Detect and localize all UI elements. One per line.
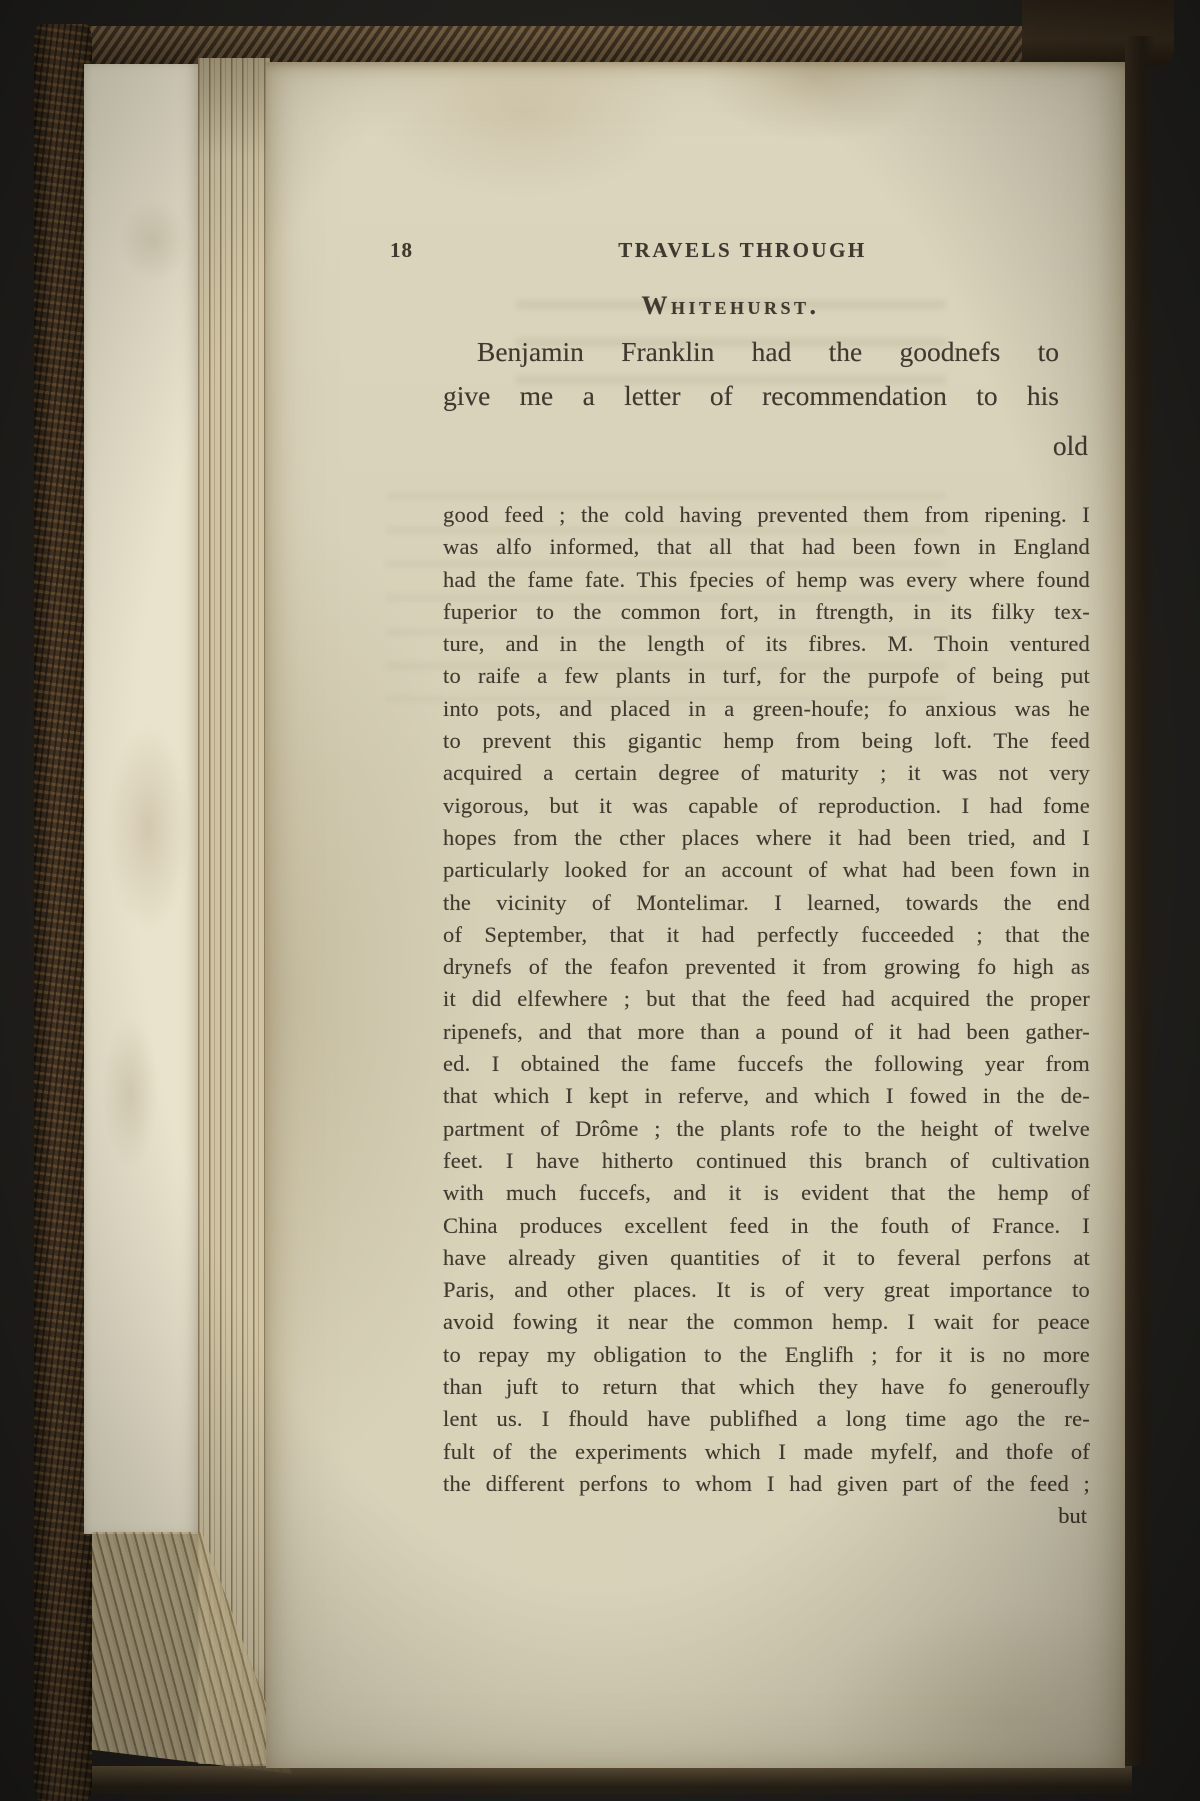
intro-line: Benjamin Franklin had the goodnefs to bbox=[443, 330, 1059, 374]
book-scan-photo: 18 TRAVELS THROUGH Whitehurst. Benjamin … bbox=[0, 0, 1200, 1801]
stacked-page-edges bbox=[198, 58, 270, 1764]
intro-paragraph: Benjamin Franklin had the goodnefs togiv… bbox=[443, 330, 1059, 418]
body-line: to raife a few plants in turf, for the p… bbox=[443, 660, 1090, 692]
body-line: the vicinity of Montelimar. I learned, t… bbox=[443, 887, 1090, 919]
book-right-edge bbox=[1125, 36, 1155, 1766]
body-line: ture, and in the length of its fibres. M… bbox=[443, 628, 1090, 660]
body-line: than juft to return that which they have… bbox=[443, 1371, 1090, 1403]
body-line: was alfo informed, that all that had bee… bbox=[443, 531, 1090, 563]
body-line: fult of the experiments which I made myf… bbox=[443, 1436, 1090, 1468]
body-line: lent us. I fhould have publifhed a long … bbox=[443, 1403, 1090, 1435]
body-line: with much fuccefs, and it is evident tha… bbox=[443, 1177, 1090, 1209]
body-line: fuperior to the common fort, in ftrength… bbox=[443, 596, 1090, 628]
body-line: into pots, and placed in a green-houfe; … bbox=[443, 693, 1090, 725]
flyleaf-page bbox=[84, 64, 200, 1534]
section-heading: Whitehurst. bbox=[641, 291, 819, 321]
body-line: avoid fowing it near the common hemp. I … bbox=[443, 1306, 1090, 1338]
body-line: have already given quantities of it to f… bbox=[443, 1242, 1090, 1274]
body-line: partment of Drôme ; the plants rofe to t… bbox=[443, 1113, 1090, 1145]
body-line: acquired a certain degree of maturity ; … bbox=[443, 757, 1090, 789]
page-catchword: but bbox=[1058, 1503, 1087, 1529]
book-page: 18 TRAVELS THROUGH Whitehurst. Benjamin … bbox=[266, 62, 1125, 1768]
body-line: the different perfons to whom I had give… bbox=[443, 1468, 1090, 1500]
body-line: ed. I obtained the fame fuccefs the foll… bbox=[443, 1048, 1090, 1080]
body-line: to prevent this gigantic hemp from being… bbox=[443, 725, 1090, 757]
body-line: vigorous, but it was capable of reproduc… bbox=[443, 790, 1090, 822]
body-line: had the fame fate. This fpecies of hemp … bbox=[443, 564, 1090, 596]
body-line: of September, that it had perfectly fucc… bbox=[443, 919, 1090, 951]
page-number: 18 bbox=[390, 238, 413, 263]
intro-catchword: old bbox=[1053, 430, 1088, 462]
running-head: TRAVELS THROUGH bbox=[618, 238, 867, 263]
body-line: good feed ; the cold having prevented th… bbox=[443, 499, 1090, 531]
text-column: 18 TRAVELS THROUGH Whitehurst. Benjamin … bbox=[443, 62, 1090, 1768]
intro-line: give me a letter of recommendation to hi… bbox=[443, 374, 1059, 418]
body-paragraph: good feed ; the cold having prevented th… bbox=[443, 499, 1090, 1500]
body-line: hopes from the cther places where it had… bbox=[443, 822, 1090, 854]
body-line: Paris, and other places. It is of very g… bbox=[443, 1274, 1090, 1306]
body-line: to repay my obligation to the Englifh ; … bbox=[443, 1339, 1090, 1371]
body-line: that which I kept in referve, and which … bbox=[443, 1080, 1090, 1112]
body-line: drynefs of the feafon prevented it from … bbox=[443, 951, 1090, 983]
body-line: particularly looked for an account of wh… bbox=[443, 854, 1090, 886]
book-bottom-edge bbox=[92, 1766, 1132, 1794]
body-line: it did elfewhere ; but that the feed had… bbox=[443, 983, 1090, 1015]
body-line: feet. I have hitherto continued this bra… bbox=[443, 1145, 1090, 1177]
body-line: China produces excellent feed in the fou… bbox=[443, 1210, 1090, 1242]
body-line: ripenefs, and that more than a pound of … bbox=[443, 1016, 1090, 1048]
